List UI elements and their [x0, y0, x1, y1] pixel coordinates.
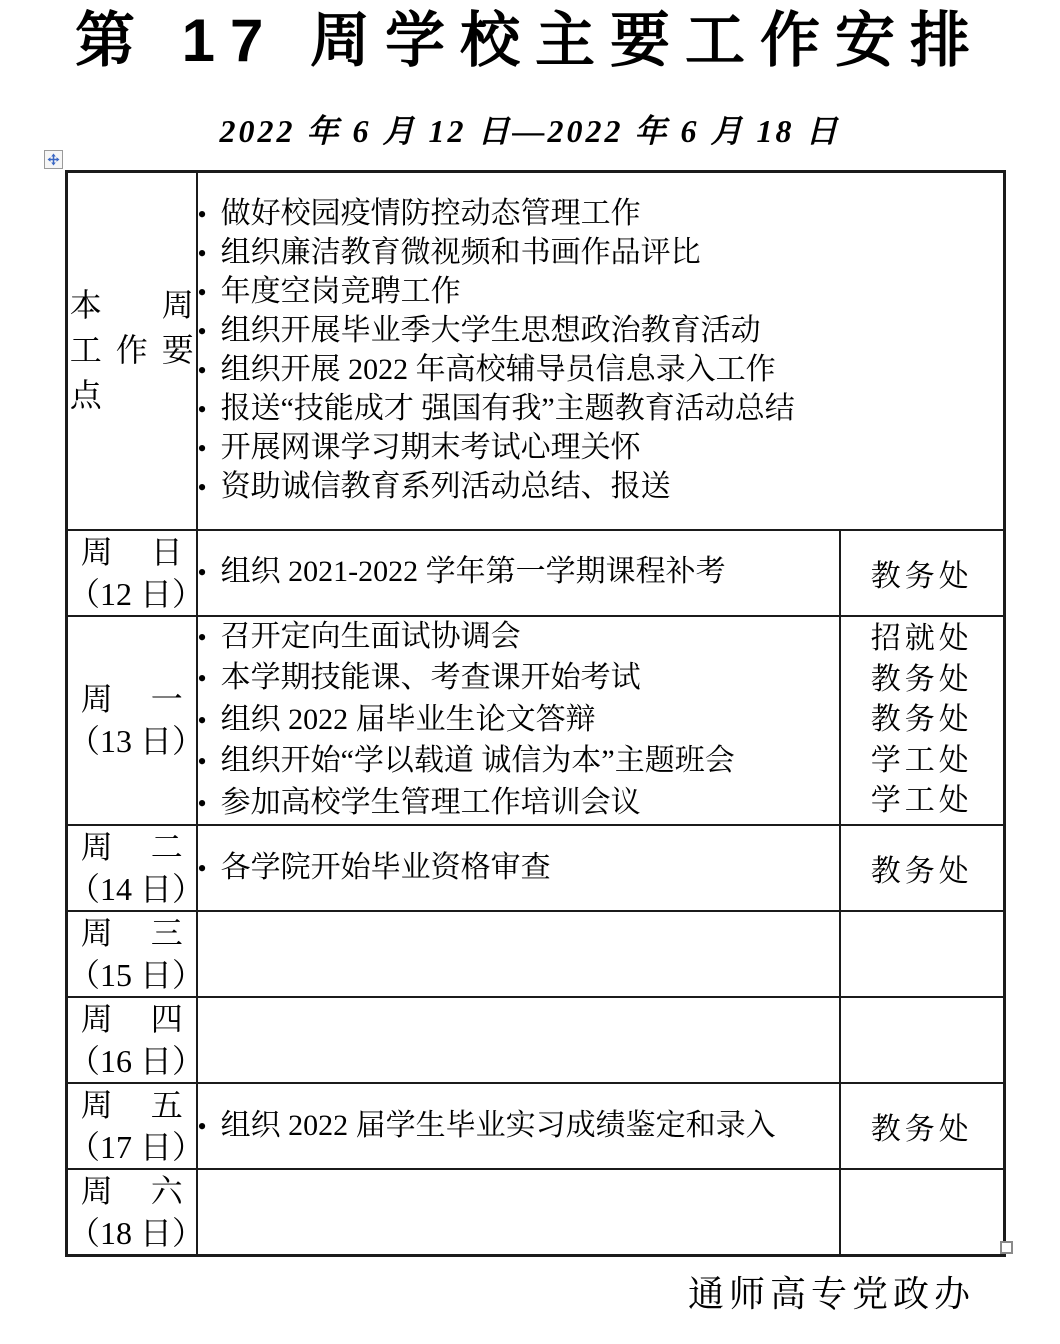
bullet-icon	[198, 1105, 207, 1148]
dept-label: 教务处	[841, 660, 1004, 701]
task-item: 组织 2021-2022 学年第一学期课程补考	[198, 551, 839, 594]
task-text: 组织开展 2022 年高校辅导员信息录入工作	[221, 351, 776, 389]
bullet-icon	[198, 390, 207, 429]
footer-signature: 通师高专党政办	[688, 1270, 975, 1318]
bullet-icon	[198, 741, 207, 783]
bullet-icon	[198, 468, 207, 507]
day-label-cell: 周 三 （15 日）	[67, 911, 197, 997]
weekly-point-item: 组织廉洁教育微视频和书画作品评比	[198, 234, 1004, 273]
dept-label: 学工处	[841, 781, 1004, 822]
weekly-point-item: 做好校园疫情防控动态管理工作	[198, 195, 1004, 234]
task-text: 组织 2022 届毕业生论文答辩	[221, 700, 596, 741]
day-date: （16 日）	[68, 1040, 196, 1082]
task-text: 组织开始“学以载道 诚信为本”主题班会	[221, 741, 735, 782]
dept-cell: 教务处	[840, 825, 1005, 911]
task-text: 开展网课学习期末考试心理关怀	[221, 429, 641, 467]
task-item: 本学期技能课、考查课开始考试	[198, 658, 839, 700]
day-items-cell: 召开定向生面试协调会 本学期技能课、考查课开始考试 组织 2022 届毕业生论文…	[197, 616, 840, 826]
weekly-points-label-line2: 工作要点	[70, 328, 194, 418]
dept-cell: 招就处 教务处 教务处 学工处 学工处	[840, 616, 1005, 826]
weekly-points-row: 本 周 工作要点 做好校园疫情防控动态管理工作 组织廉洁教育微视频和书画作品评比…	[67, 172, 1005, 530]
weekly-point-item: 年度空岗竞聘工作	[198, 273, 1004, 312]
task-item: 召开定向生面试协调会	[198, 617, 839, 659]
day-items-cell	[197, 997, 840, 1083]
day-name: 周 六	[81, 1170, 183, 1212]
task-text: 召开定向生面试协调会	[221, 617, 521, 658]
day-row-sunday: 周 日 （12 日） 组织 2021-2022 学年第一学期课程补考 教务处	[67, 530, 1005, 616]
task-text: 报送“技能成才 强国有我”主题教育活动总结	[221, 390, 795, 428]
bullet-icon	[198, 551, 207, 594]
day-row-thursday: 周 四 （16 日）	[67, 997, 1005, 1083]
weekly-points-label-cell: 本 周 工作要点	[67, 172, 197, 530]
task-text: 参加高校学生管理工作培训会议	[221, 783, 641, 824]
dept-cell: 教务处	[840, 530, 1005, 616]
table-resize-handle[interactable]	[1000, 1241, 1013, 1254]
task-text: 做好校园疫情防控动态管理工作	[221, 195, 641, 233]
dept-label: 教务处	[841, 700, 1004, 741]
weekly-points-items-cell: 做好校园疫情防控动态管理工作 组织廉洁教育微视频和书画作品评比 年度空岗竞聘工作…	[197, 172, 1005, 530]
day-name: 周 一	[81, 678, 183, 720]
weekly-point-item: 开展网课学习期末考试心理关怀	[198, 429, 1004, 468]
dept-label: 教务处	[841, 551, 1004, 595]
day-label-cell: 周 二 （14 日）	[67, 825, 197, 911]
dept-cell	[840, 911, 1005, 997]
day-row-monday: 周 一 （13 日） 召开定向生面试协调会 本学期技能课、考查课开始考试 组织 …	[67, 616, 1005, 826]
day-name: 周 三	[81, 912, 183, 954]
task-item: 组织开始“学以载道 诚信为本”主题班会	[198, 741, 839, 783]
weekly-point-item: 资助诚信教育系列活动总结、报送	[198, 468, 1004, 507]
day-label-cell: 周 六 （18 日）	[67, 1169, 197, 1256]
day-row-wednesday: 周 三 （15 日）	[67, 911, 1005, 997]
day-date: （18 日）	[68, 1212, 196, 1254]
day-label-cell: 周 一 （13 日）	[67, 616, 197, 826]
bullet-icon	[198, 847, 207, 890]
task-item: 参加高校学生管理工作培训会议	[198, 783, 839, 825]
dept-cell: 教务处	[840, 1083, 1005, 1169]
day-label-cell: 周 日 （12 日）	[67, 530, 197, 616]
day-items-cell: 组织 2022 届学生毕业实习成绩鉴定和录入	[197, 1083, 840, 1169]
day-name: 周 五	[81, 1084, 183, 1126]
task-item: 组织 2022 届毕业生论文答辩	[198, 700, 839, 742]
dept-label: 学工处	[841, 741, 1004, 782]
bullet-icon	[198, 351, 207, 390]
day-label-cell: 周 四 （16 日）	[67, 997, 197, 1083]
bullet-icon	[198, 783, 207, 825]
bullet-icon	[198, 273, 207, 312]
dept-label: 教务处	[841, 1104, 1004, 1148]
day-label-cell: 周 五 （17 日）	[67, 1083, 197, 1169]
bullet-icon	[198, 195, 207, 234]
day-row-friday: 周 五 （17 日） 组织 2022 届学生毕业实习成绩鉴定和录入 教务处	[67, 1083, 1005, 1169]
day-date: （12 日）	[68, 573, 196, 615]
task-text: 组织 2021-2022 学年第一学期课程补考	[221, 551, 726, 593]
table-move-handle-icon[interactable]	[44, 150, 63, 169]
day-date: （15 日）	[68, 954, 196, 996]
day-name: 周 日	[81, 531, 183, 573]
weekly-point-item: 报送“技能成才 强国有我”主题教育活动总结	[198, 390, 1004, 429]
bullet-icon	[198, 658, 207, 700]
bullet-icon	[198, 234, 207, 273]
task-text: 组织廉洁教育微视频和书画作品评比	[221, 234, 701, 272]
dept-cell	[840, 997, 1005, 1083]
dept-cell	[840, 1169, 1005, 1256]
task-text: 资助诚信教育系列活动总结、报送	[221, 468, 671, 506]
weekly-point-item: 组织开展毕业季大学生思想政治教育活动	[198, 312, 1004, 351]
dept-label: 招就处	[841, 619, 1004, 660]
weekly-point-item: 组织开展 2022 年高校辅导员信息录入工作	[198, 351, 1004, 390]
task-text: 年度空岗竞聘工作	[221, 273, 461, 311]
task-text: 组织开展毕业季大学生思想政治教育活动	[221, 312, 761, 350]
task-item: 各学院开始毕业资格审查	[198, 847, 839, 890]
weekly-points-label-line1: 本 周	[70, 283, 194, 328]
day-date: （13 日）	[68, 720, 196, 762]
task-item: 组织 2022 届学生毕业实习成绩鉴定和录入	[198, 1105, 839, 1148]
date-range: 2022 年 6 月 12 日—2022 年 6 月 18 日	[0, 108, 1060, 154]
schedule-table: 本 周 工作要点 做好校园疫情防控动态管理工作 组织廉洁教育微视频和书画作品评比…	[65, 170, 1006, 1257]
day-date: （14 日）	[68, 868, 196, 910]
day-row-tuesday: 周 二 （14 日） 各学院开始毕业资格审查 教务处	[67, 825, 1005, 911]
day-name: 周 四	[81, 998, 183, 1040]
day-items-cell: 各学院开始毕业资格审查	[197, 825, 840, 911]
four-way-arrow-icon	[47, 153, 60, 166]
dept-label: 教务处	[841, 846, 1004, 890]
bullet-icon	[198, 312, 207, 351]
task-text: 本学期技能课、考查课开始考试	[221, 658, 641, 699]
day-items-cell	[197, 1169, 840, 1256]
task-text: 组织 2022 届学生毕业实习成绩鉴定和录入	[221, 1105, 776, 1147]
bullet-icon	[198, 429, 207, 468]
day-date: （17 日）	[68, 1126, 196, 1168]
bullet-icon	[198, 617, 207, 659]
page-title: 第 17 周学校主要工作安排	[0, 2, 1060, 80]
task-text: 各学院开始毕业资格审查	[221, 847, 551, 889]
document-page: 第 17 周学校主要工作安排 2022 年 6 月 12 日—2022 年 6 …	[0, 0, 1060, 1344]
day-items-cell: 组织 2021-2022 学年第一学期课程补考	[197, 530, 840, 616]
bullet-icon	[198, 700, 207, 742]
day-items-cell	[197, 911, 840, 997]
day-name: 周 二	[81, 826, 183, 868]
day-row-saturday: 周 六 （18 日）	[67, 1169, 1005, 1256]
